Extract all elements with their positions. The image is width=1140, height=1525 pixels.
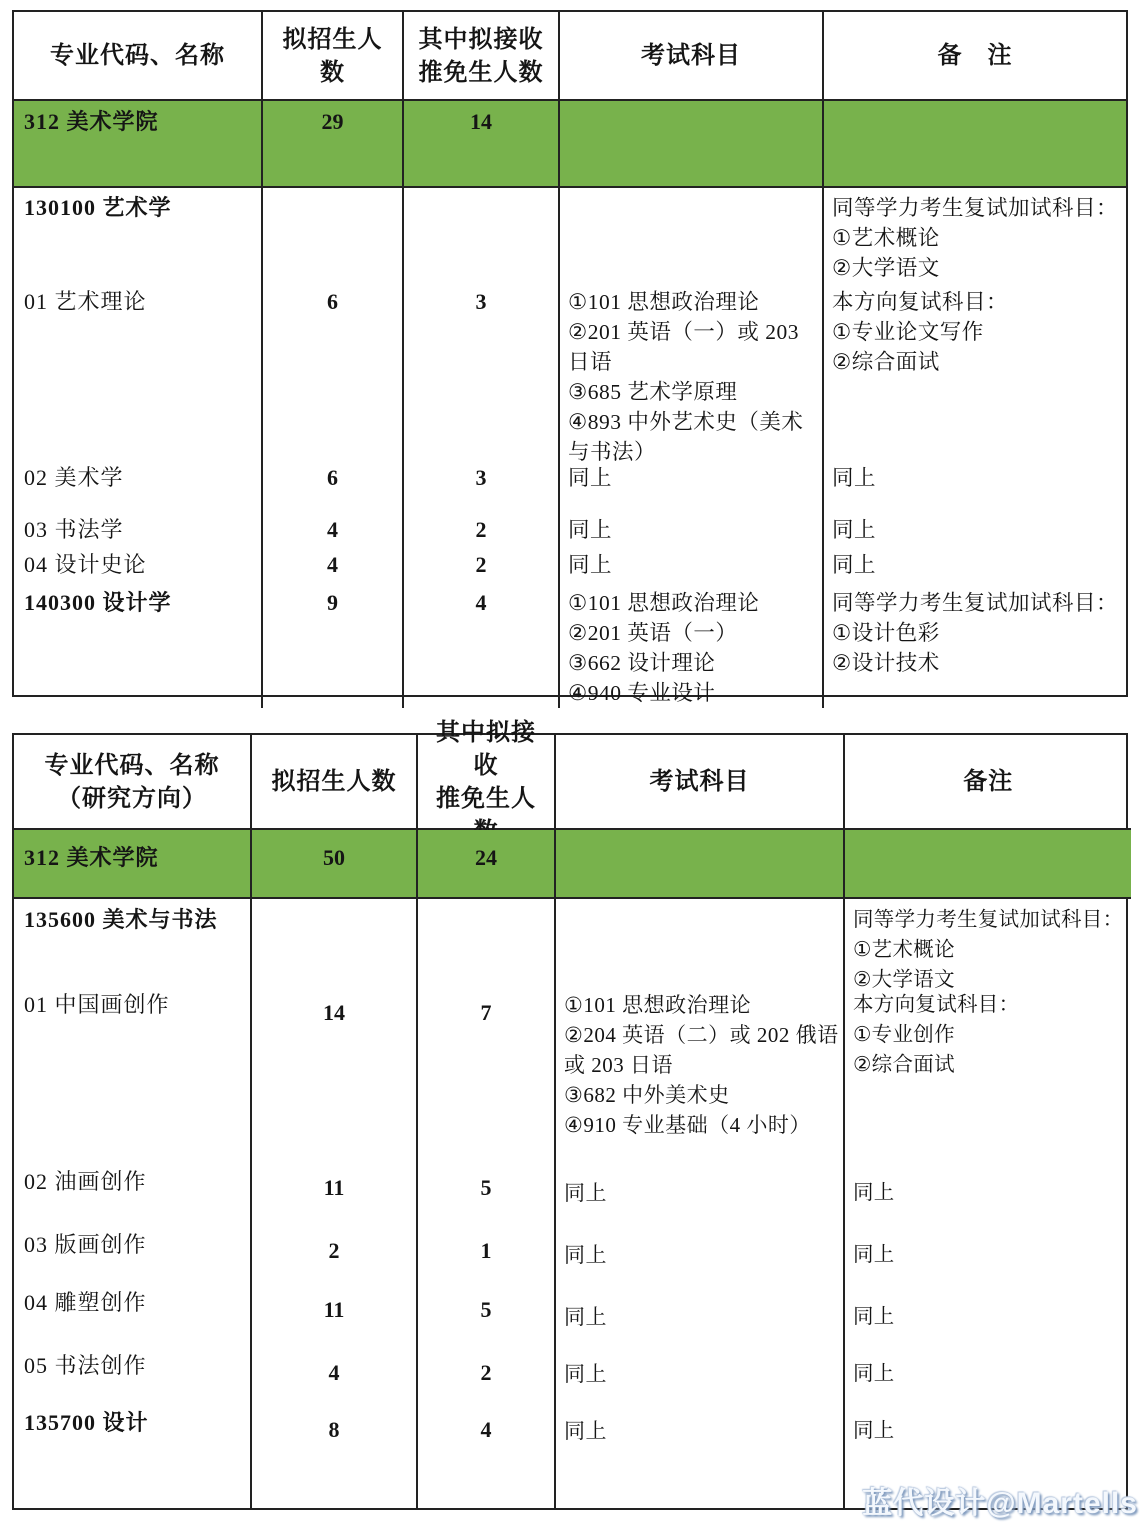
exam-line: ④893 中外艺术史（美术 [568, 407, 814, 437]
program-name-cell: 140300 设计学 [14, 586, 263, 708]
header-label: 拟招生人数 [271, 23, 394, 89]
exempt-count: 2 [412, 515, 550, 545]
program-name-cell: 02 美术学 [14, 460, 263, 512]
remark-line: 同上 [853, 1240, 1123, 1270]
header-label: 考试科目 [650, 765, 750, 798]
exam-subjects-cell: 同上 [560, 460, 824, 512]
exam-subjects-cell: ①101 思想政治理论 ②204 英语（二）或 202 俄语 或 203 日语 … [556, 985, 845, 1160]
column-header-program: 专业代码、名称 [14, 12, 263, 101]
remarks-cell: 同上 [845, 1282, 1131, 1345]
header-label: 专业代码、名称 [50, 39, 225, 72]
exam-line: ③685 艺术学原理 [568, 377, 814, 407]
summary-row-name: 312 美术学院 [14, 101, 263, 188]
header-label-line2: 推免生人数 [419, 56, 544, 89]
exam-line: ②204 英语（二）或 202 俄语 [564, 1020, 835, 1050]
exam-line: ②201 英语（一） [568, 618, 814, 648]
header-label: 备注 [963, 765, 1013, 798]
program-name-cell: 135600 美术与书法 [14, 899, 252, 985]
program-name: 135600 美术与书法 [24, 905, 242, 935]
planned-count: 11 [260, 1173, 408, 1203]
planned-count-cell: 4 [263, 548, 404, 586]
exam-line: 同上 [564, 1178, 835, 1208]
remark-line: 本方向复试科目： [832, 287, 1118, 317]
remark-line: 同上 [832, 463, 1118, 493]
admissions-table-professional: 专业代码、名称 （研究方向） 拟招生人数 其中拟接收 推免生人数 考试科目 备注… [12, 733, 1128, 1510]
planned-count-cell: 8 [252, 1402, 418, 1508]
remark-line: 同等学力考生复试加试科目： [832, 193, 1118, 223]
remark-line: ①专业创作 [853, 1020, 1123, 1050]
program-name-cell: 01 艺术理论 [14, 282, 263, 460]
program-name: 03 版画创作 [24, 1230, 242, 1260]
program-name: 02 油画创作 [24, 1167, 242, 1197]
summary-exempt-count: 14 [404, 101, 560, 188]
remarks-cell: 同上 [845, 1345, 1131, 1402]
exam-subjects-cell [556, 899, 845, 985]
header-label-line1: 专业代码、名称 [45, 749, 220, 782]
exam-subjects-cell: 同上 [556, 1222, 845, 1282]
department-name: 312 美术学院 [24, 843, 242, 873]
exam-line: 同上 [564, 1240, 835, 1270]
exempt-count: 3 [412, 463, 550, 493]
remark-line: ②综合面试 [853, 1050, 1123, 1080]
remark-line: ②综合面试 [832, 347, 1118, 377]
exam-line: ①101 思想政治理论 [564, 990, 835, 1020]
exam-line: 或 203 日语 [564, 1050, 835, 1080]
exam-line: ④940 专业设计 [568, 678, 814, 708]
remark-line: ②大学语文 [832, 253, 1118, 283]
exempt-count: 24 [426, 843, 546, 873]
watermark: 蓝代设计@Martells [862, 1478, 1138, 1522]
planned-count: 11 [260, 1295, 408, 1325]
summary-exempt-count: 24 [418, 830, 556, 899]
program-name: 02 美术学 [24, 463, 253, 493]
exempt-count: 4 [412, 588, 550, 618]
header-label-line1: 其中拟接收 [426, 716, 546, 782]
remark-line: 同上 [853, 1178, 1123, 1208]
exempt-count-cell: 7 [418, 985, 556, 1160]
remark-line: ①艺术概论 [853, 935, 1123, 965]
summary-row-name: 312 美术学院 [14, 830, 252, 899]
exempt-count-cell: 4 [418, 1402, 556, 1508]
department-name: 312 美术学院 [24, 107, 253, 137]
program-name: 01 中国画创作 [24, 990, 242, 1020]
column-header-remarks: 备注 [845, 735, 1131, 830]
remarks-cell: 同上 [845, 1160, 1131, 1222]
exam-line: 日语 [568, 347, 814, 377]
header-label: 考试科目 [641, 39, 741, 72]
remark-line: 本方向复试科目： [853, 990, 1123, 1020]
remarks-cell: 本方向复试科目： ①专业论文写作 ②综合面试 [824, 282, 1126, 460]
planned-count-cell: 2 [252, 1222, 418, 1282]
program-name: 03 书法学 [24, 515, 253, 545]
exam-subjects-cell: ①101 思想政治理论 ②201 英语（一） ③662 设计理论 ④940 专业… [560, 586, 824, 708]
planned-count: 29 [271, 107, 394, 137]
planned-count-cell: 6 [263, 460, 404, 512]
exempt-count-cell: 2 [418, 1345, 556, 1402]
exempt-count: 7 [426, 998, 546, 1028]
exam-line: ①101 思想政治理论 [568, 287, 814, 317]
remarks-cell: 本方向复试科目： ①专业创作 ②综合面试 [845, 985, 1131, 1160]
program-name-cell: 03 书法学 [14, 512, 263, 548]
remark-line: ①专业论文写作 [832, 317, 1118, 347]
program-name-cell: 04 设计史论 [14, 548, 263, 586]
exam-line: ①101 思想政治理论 [568, 588, 814, 618]
exempt-count-cell [404, 188, 560, 282]
summary-planned-count: 50 [252, 830, 418, 899]
exempt-count: 3 [412, 287, 550, 317]
planned-count-cell: 4 [252, 1345, 418, 1402]
exempt-count-cell: 4 [404, 586, 560, 708]
remark-line: 同上 [832, 550, 1118, 580]
exam-subjects-cell: 同上 [560, 512, 824, 548]
exempt-count: 2 [426, 1358, 546, 1388]
program-name: 04 设计史论 [24, 550, 253, 580]
column-header-exam: 考试科目 [560, 12, 824, 101]
program-name-cell: 05 书法创作 [14, 1345, 252, 1402]
program-name-cell: 03 版画创作 [14, 1222, 252, 1282]
exempt-count: 2 [412, 550, 550, 580]
header-label-line2: （研究方向） [57, 782, 207, 815]
exam-subjects-cell: 同上 [556, 1282, 845, 1345]
exempt-count-cell [418, 899, 556, 985]
exempt-count-cell: 5 [418, 1282, 556, 1345]
remarks-cell: 同上 [824, 460, 1126, 512]
remarks-cell: 同上 [824, 512, 1126, 548]
exam-subjects-cell: ①101 思想政治理论 ②201 英语（一）或 203 日语 ③685 艺术学原… [560, 282, 824, 460]
planned-count: 4 [271, 550, 394, 580]
exam-subjects-cell: 同上 [556, 1160, 845, 1222]
program-name: 135700 设计 [24, 1408, 242, 1438]
planned-count-cell [252, 899, 418, 985]
planned-count-cell: 11 [252, 1160, 418, 1222]
planned-count: 50 [260, 843, 408, 873]
exempt-count: 1 [426, 1236, 546, 1266]
summary-exam-cell [560, 101, 824, 188]
column-header-planned: 拟招生人数 [252, 735, 418, 830]
exam-subjects-cell: 同上 [560, 548, 824, 586]
planned-count: 2 [260, 1236, 408, 1266]
planned-count-cell: 9 [263, 586, 404, 708]
summary-exam-cell [556, 830, 845, 899]
exempt-count: 5 [426, 1173, 546, 1203]
program-name-cell: 02 油画创作 [14, 1160, 252, 1222]
program-name: 05 书法创作 [24, 1351, 242, 1381]
program-name: 130100 艺术学 [24, 193, 253, 223]
program-name-cell: 04 雕塑创作 [14, 1282, 252, 1345]
remark-line: 同等学力考生复试加试科目： [853, 905, 1123, 935]
exempt-count-cell: 2 [404, 512, 560, 548]
planned-count: 4 [260, 1358, 408, 1388]
column-header-remarks: 备 注 [824, 12, 1126, 101]
remarks-cell: 同上 [845, 1222, 1131, 1282]
planned-count-cell [263, 188, 404, 282]
column-header-exempt: 其中拟接收 推免生人数 [404, 12, 560, 101]
planned-count: 14 [260, 998, 408, 1028]
exam-line: 同上 [568, 550, 814, 580]
remarks-cell: 同上 [824, 548, 1126, 586]
summary-remarks-cell [824, 101, 1126, 188]
remark-line: ②设计技术 [832, 648, 1118, 678]
exam-subjects-cell: 同上 [556, 1402, 845, 1508]
exam-line: 同上 [568, 515, 814, 545]
exam-line: ④910 专业基础（4 小时） [564, 1110, 835, 1140]
remark-line: 同上 [853, 1416, 1123, 1446]
exempt-count: 14 [412, 107, 550, 137]
planned-count-cell: 14 [252, 985, 418, 1160]
planned-count: 4 [271, 515, 394, 545]
exam-line: 同上 [564, 1302, 835, 1332]
program-name: 140300 设计学 [24, 588, 253, 618]
remark-line: ①艺术概论 [832, 223, 1118, 253]
column-header-program: 专业代码、名称 （研究方向） [14, 735, 252, 830]
exam-line: 同上 [564, 1359, 835, 1389]
remarks-cell: 同等学力考生复试加试科目： ①艺术概论 ②大学语文 [824, 188, 1126, 282]
exempt-count-cell: 5 [418, 1160, 556, 1222]
planned-count: 6 [271, 287, 394, 317]
header-label: 备 注 [938, 39, 1013, 72]
planned-count-cell: 4 [263, 512, 404, 548]
header-label: 拟招生人数 [272, 765, 397, 798]
remark-line: ①设计色彩 [832, 618, 1118, 648]
remark-line: 同上 [853, 1302, 1123, 1332]
admissions-table-academic: 专业代码、名称 拟招生人数 其中拟接收 推免生人数 考试科目 备 注 312 美… [12, 10, 1128, 697]
column-header-planned: 拟招生人数 [263, 12, 404, 101]
exempt-count-cell: 3 [404, 282, 560, 460]
exam-line: ②201 英语（一）或 203 [568, 317, 814, 347]
planned-count: 8 [260, 1415, 408, 1445]
exam-subjects-cell: 同上 [556, 1345, 845, 1402]
planned-count: 6 [271, 463, 394, 493]
program-name-cell: 01 中国画创作 [14, 985, 252, 1160]
header-label-line1: 其中拟接收 [419, 23, 544, 56]
program-name: 04 雕塑创作 [24, 1288, 242, 1318]
remark-line: 同上 [832, 515, 1118, 545]
summary-planned-count: 29 [263, 101, 404, 188]
exempt-count-cell: 3 [404, 460, 560, 512]
program-name-cell: 135700 设计 [14, 1402, 252, 1508]
exempt-count-cell: 1 [418, 1222, 556, 1282]
exam-line: ③682 中外美术史 [564, 1080, 835, 1110]
exam-line: 同上 [564, 1416, 835, 1446]
remark-line: 同上 [853, 1359, 1123, 1389]
remarks-cell: 同等学力考生复试加试科目： ①设计色彩 ②设计技术 [824, 586, 1126, 708]
exam-line: 同上 [568, 463, 814, 493]
exam-line: ③662 设计理论 [568, 648, 814, 678]
exempt-count: 4 [426, 1415, 546, 1445]
exam-subjects-cell [560, 188, 824, 282]
planned-count: 9 [271, 588, 394, 618]
column-header-exam: 考试科目 [556, 735, 845, 830]
planned-count-cell: 6 [263, 282, 404, 460]
exempt-count: 5 [426, 1295, 546, 1325]
program-name: 01 艺术理论 [24, 287, 253, 317]
remark-line: 同等学力考生复试加试科目： [832, 588, 1118, 618]
column-header-exempt: 其中拟接收 推免生人数 [418, 735, 556, 830]
remarks-cell: 同等学力考生复试加试科目： ①艺术概论 ②大学语文 [845, 899, 1131, 985]
summary-remarks-cell [845, 830, 1131, 899]
exempt-count-cell: 2 [404, 548, 560, 586]
program-name-cell: 130100 艺术学 [14, 188, 263, 282]
planned-count-cell: 11 [252, 1282, 418, 1345]
